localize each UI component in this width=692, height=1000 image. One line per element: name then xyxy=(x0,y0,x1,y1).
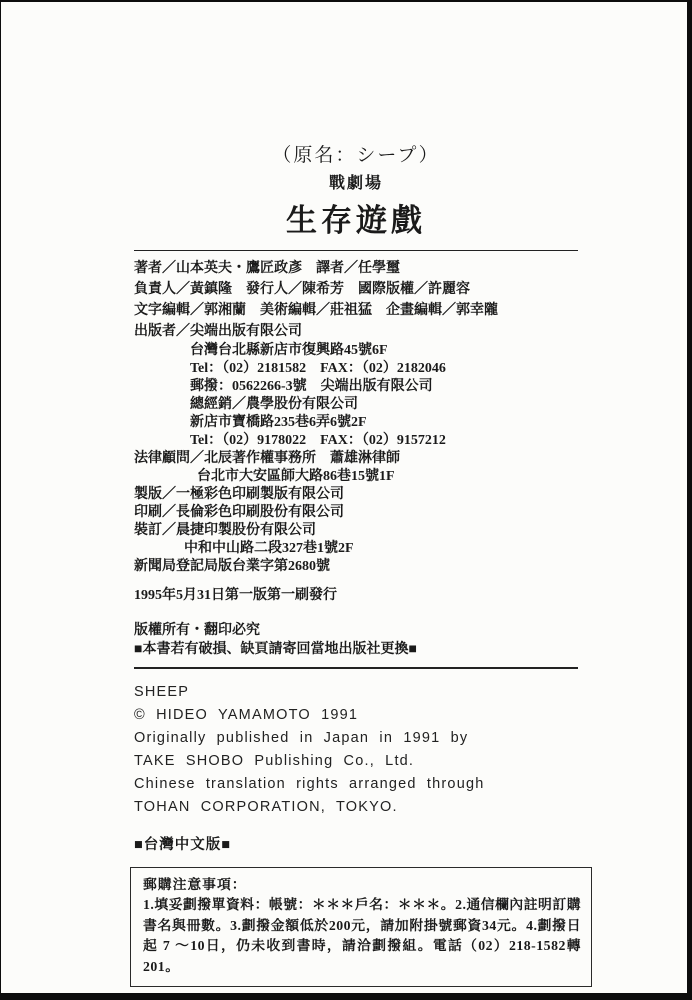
colophon-block: 著者／山本英夫・鷹匠政彥 譯者／任學璽 負責人／黃鎮隆 發行人／陳希芳 國際版權… xyxy=(134,258,578,660)
english-copyright: © HIDEO YAMAMOTO 1991 xyxy=(134,704,578,727)
english-origin-line-1: Originally published in Japan in 1991 by xyxy=(134,727,578,750)
damage-notice: ■本書若有破損、缺頁請寄回當地出版社更換■ xyxy=(134,640,578,660)
book-title: 生存遊戲 xyxy=(134,195,578,240)
book-colophon-page: （原名：シープ） 戰劇場 生存遊戲 著者／山本英夫・鷹匠政彥 譯者／任學璽 負責… xyxy=(1,2,687,993)
colophon-line-address: 台灣台北縣新店市復興路45號6F xyxy=(134,342,578,360)
series-title: 戰劇場 xyxy=(134,170,578,193)
edition-label: ■台灣中文版■ xyxy=(134,833,578,854)
colophon-line-legal-address: 台北市大安區師大路86巷15號1F xyxy=(134,468,578,486)
colophon-line-publisher: 出版者／尖端出版有限公司 xyxy=(134,321,578,342)
english-copyright-block: SHEEP © HIDEO YAMAMOTO 1991 Originally p… xyxy=(134,681,578,819)
original-japanese-title: （原名：シープ） xyxy=(134,140,578,167)
english-rights-line-2: TOHAN CORPORATION, TOKYO. xyxy=(134,796,578,819)
colophon-line-publisher-staff: 負責人／黃鎮隆 發行人／陳希芳 國際版權／許麗容 xyxy=(134,279,578,300)
colophon-line-binding: 裝訂／晨捷印製股份有限公司 xyxy=(134,522,578,540)
colophon-line-printing: 印刷／長倫彩色印刷股份有限公司 xyxy=(134,504,578,522)
colophon-line-postal: 郵撥：0562266-3號 尖端出版有限公司 xyxy=(134,378,578,396)
colophon-line-legal: 法律顧問／北辰著作權事務所 蕭雄淋律師 xyxy=(134,450,578,468)
release-date: 1995年5月31日第一版第一刷發行 xyxy=(134,586,578,606)
section-divider xyxy=(134,667,578,669)
mail-order-instructions: 1.填妥劃撥單資料：帳號：＊＊＊戶名：＊＊＊。2.通信欄內註明訂購書名與冊數。3… xyxy=(143,895,581,977)
english-origin-line-2: TAKE SHOBO Publishing Co., Ltd. xyxy=(134,750,578,773)
title-divider xyxy=(134,250,578,251)
english-title: SHEEP xyxy=(134,681,578,704)
colophon-line-distributor-tel: Tel：（02）9178022 FAX：（02）9157212 xyxy=(134,432,578,450)
colophon-line-authors: 著者／山本英夫・鷹匠政彥 譯者／任學璽 xyxy=(134,258,578,279)
colophon-line-distributor-address: 新店市寶橋路235巷6弄6號2F xyxy=(134,414,578,432)
mail-order-heading: 郵購注意事項： xyxy=(143,875,581,895)
colophon-line-binding-address: 中和中山路二段327巷1號2F xyxy=(134,540,578,558)
page-content: （原名：シープ） 戰劇場 生存遊戲 著者／山本英夫・鷹匠政彥 譯者／任學璽 負責… xyxy=(134,2,578,987)
colophon-line-editors: 文字編輯／郭湘蘭 美術編輯／莊祖猛 企畫編輯／郭幸隴 xyxy=(134,300,578,321)
english-rights-line-1: Chinese translation rights arranged thro… xyxy=(134,773,578,796)
colophon-line-distributor: 總經銷／農學股份有限公司 xyxy=(134,396,578,414)
title-block: （原名：シープ） 戰劇場 生存遊戲 xyxy=(134,140,578,240)
colophon-line-platemaking: 製版／一極彩色印刷製版有限公司 xyxy=(134,486,578,504)
colophon-line-tel-fax: Tel：（02）2181582 FAX：（02）2182046 xyxy=(134,360,578,378)
rights-notice: 版權所有・翻印必究 xyxy=(134,621,578,640)
mail-order-box: 郵購注意事項： 1.填妥劃撥單資料：帳號：＊＊＊戶名：＊＊＊。2.通信欄內註明訂… xyxy=(130,867,592,987)
scanned-page: （原名：シープ） 戰劇場 生存遊戲 著者／山本英夫・鷹匠政彥 譯者／任學璽 負責… xyxy=(0,0,692,1000)
colophon-line-registration: 新聞局登記局版台業字第2680號 xyxy=(134,558,578,576)
